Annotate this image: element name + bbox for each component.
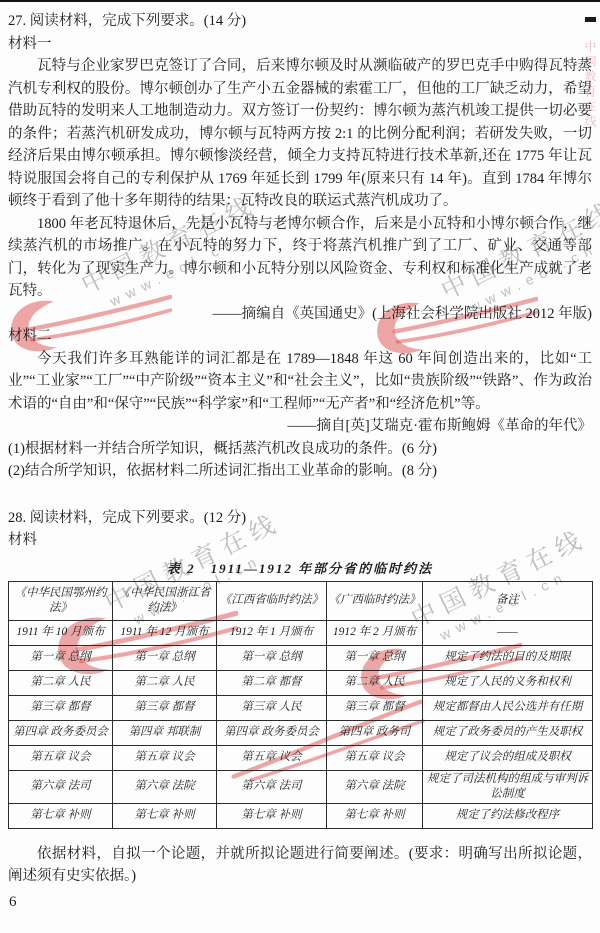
material-1-paragraph-1: 瓦特与企业家罗巴克签订了合同，后来博尔顿及时从濒临破产的罗巴克手中购得瓦特蒸汽机… bbox=[8, 55, 592, 213]
table-cell: 第二章 人民 bbox=[113, 670, 217, 695]
table-cell: 1912 年 2 月颁布 bbox=[327, 620, 423, 645]
sub-question-1: (1)根据材料一并结合所学知识，概括蒸汽机改良成功的条件。(6 分) bbox=[8, 438, 592, 461]
material-2-label: 材料二 bbox=[8, 325, 592, 348]
table-cell: 第四章 政务委员会 bbox=[217, 720, 327, 745]
table-cell: 第七章 补则 bbox=[113, 803, 217, 828]
table-cell: 第三章 都督 bbox=[9, 695, 113, 720]
table-row: 第三章 都督第三章 都督第三章 人民第三章 都督规定都督由人民公选并有任期 bbox=[9, 695, 593, 720]
table-cell: 1912 年 1 月颁布 bbox=[217, 620, 327, 645]
table-row: 1911 年 10 月颁布1911 年 12 月颁布1912 年 1 月颁布19… bbox=[9, 620, 593, 645]
table-cell: 规定了约法修改程序 bbox=[423, 803, 593, 828]
table-cell: 规定了约法的目的及期限 bbox=[423, 645, 593, 670]
table-row: 第二章 人民第二章 人民第二章 都督第二章 人民规定了人民的义务和权利 bbox=[9, 670, 593, 695]
table-cell: 第三章 都督 bbox=[327, 695, 423, 720]
table-header-cell: 《中华民国鄂州约法》 bbox=[9, 581, 113, 620]
material-2-paragraph-1: 今天我们许多耳熟能详的词汇都是在 1789—1848 年这 60 年间创造出来的… bbox=[8, 348, 592, 416]
sub-question-2: (2)结合所学知识，依据材料二所述词汇指出工业革命的影响。(8 分) bbox=[8, 460, 592, 483]
table-row: 第七章 补则第七章 补则第七章 补则第七章 补则规定了约法修改程序 bbox=[9, 803, 593, 828]
table-cell: 第七章 补则 bbox=[327, 803, 423, 828]
table-header-cell: 《江西省临时约法》 bbox=[217, 581, 327, 620]
table-caption: 表 2 1911—1912 年部分省的临时约法 bbox=[8, 558, 592, 577]
page-number: 6 bbox=[9, 894, 17, 911]
table-cell: 第二章 都督 bbox=[217, 670, 327, 695]
table-cell: 第六章 法院 bbox=[327, 770, 423, 803]
table-cell: 规定了人民的义务和权利 bbox=[423, 670, 593, 695]
table-cell: 规定了司法机构的组成与审判诉讼制度 bbox=[423, 770, 593, 803]
table-cell: 规定了政务委员的产生及职权 bbox=[423, 720, 593, 745]
table-cell: 规定了议会的组成及职权 bbox=[423, 745, 593, 770]
table-cell: 第一章 总纲 bbox=[113, 645, 217, 670]
scan-mark bbox=[585, 17, 596, 22]
table-cell: 第四章 邦联制 bbox=[113, 720, 217, 745]
table-cell: 第二章 人民 bbox=[327, 670, 423, 695]
table-cell: 第六章 法司 bbox=[217, 770, 327, 803]
table-cell: 1911 年 12 月颁布 bbox=[113, 620, 217, 645]
table-cell: 第三章 人民 bbox=[217, 695, 327, 720]
table-header-cell: 备注 bbox=[423, 581, 593, 620]
table-cell: 第五章 议会 bbox=[113, 745, 217, 770]
material-1-source: ——摘编自《英国通史》(上海社会科学院出版社 2012 年版) bbox=[8, 303, 592, 326]
table-cell: 规定都督由人民公选并有任期 bbox=[423, 695, 593, 720]
table-cell: 第一章 总纲 bbox=[9, 645, 113, 670]
table-header-cell: 《中华民国浙江省约法》 bbox=[113, 581, 217, 620]
table-header-row: 《中华民国鄂州约法》《中华民国浙江省约法》《江西省临时约法》《广西临时约法》备注 bbox=[9, 581, 593, 620]
exam-page: 中国教育在线 中国教育在线 www.eol.cn 中国教育在线 www.eol.… bbox=[0, 0, 600, 933]
material-1-paragraph-2: 1800 年老瓦特退休后，先是小瓦特与老博尔顿合作，后来是小瓦特和小博尔顿合作，… bbox=[8, 213, 592, 303]
table-cell: 第五章 议会 bbox=[9, 745, 113, 770]
table-cell: —— bbox=[423, 620, 593, 645]
question-28-header: 28. 阅读材料，完成下列要求。(12 分) bbox=[8, 507, 592, 530]
table-cell: 第七章 补则 bbox=[9, 803, 113, 828]
table-cell: 第六章 法司 bbox=[9, 770, 113, 803]
table-cell: 第七章 补则 bbox=[217, 803, 327, 828]
table-cell: 第五章 议会 bbox=[327, 745, 423, 770]
task-paragraph: 依据材料，自拟一个论题，并就所拟论题进行简要阐述。(要求：明确写出所拟论题，阐述… bbox=[8, 843, 592, 888]
table-row: 第五章 议会第五章 议会第五章 议会第五章 议会规定了议会的组成及职权 bbox=[9, 745, 593, 770]
table-cell: 第四章 政务委员会 bbox=[9, 720, 113, 745]
table-cell: 第二章 人民 bbox=[9, 670, 113, 695]
table-cell: 第一章 总纲 bbox=[217, 645, 327, 670]
provisional-constitutions-table: 《中华民国鄂州约法》《中华民国浙江省约法》《江西省临时约法》《广西临时约法》备注… bbox=[8, 581, 593, 829]
table-cell: 第五章 议会 bbox=[217, 745, 327, 770]
table-row: 第一章 总纲第一章 总纲第一章 总纲第一章 总纲规定了约法的目的及期限 bbox=[9, 645, 593, 670]
table-row: 第六章 法司第六章 法院第六章 法司第六章 法院规定了司法机构的组成与审判诉讼制… bbox=[9, 770, 593, 803]
material-1-label: 材料一 bbox=[8, 33, 592, 56]
table-row: 第四章 政务委员会第四章 邦联制第四章 政务委员会第四章 政务司规定了政务委员的… bbox=[9, 720, 593, 745]
table-header-cell: 《广西临时约法》 bbox=[327, 581, 423, 620]
material-2-source: ——摘自[英]艾瑞克·霍布斯鲍姆《革命的年代》 bbox=[8, 415, 592, 438]
material-label: 材料 bbox=[8, 529, 592, 552]
table-cell: 第六章 法院 bbox=[113, 770, 217, 803]
table-cell: 1911 年 10 月颁布 bbox=[9, 620, 113, 645]
scan-edge-line bbox=[0, 0, 600, 2]
question-27-header: 27. 阅读材料，完成下列要求。(14 分) bbox=[8, 10, 592, 33]
table-cell: 第三章 都督 bbox=[113, 695, 217, 720]
table-cell: 第一章 总纲 bbox=[327, 645, 423, 670]
table-cell: 第四章 政务司 bbox=[327, 720, 423, 745]
